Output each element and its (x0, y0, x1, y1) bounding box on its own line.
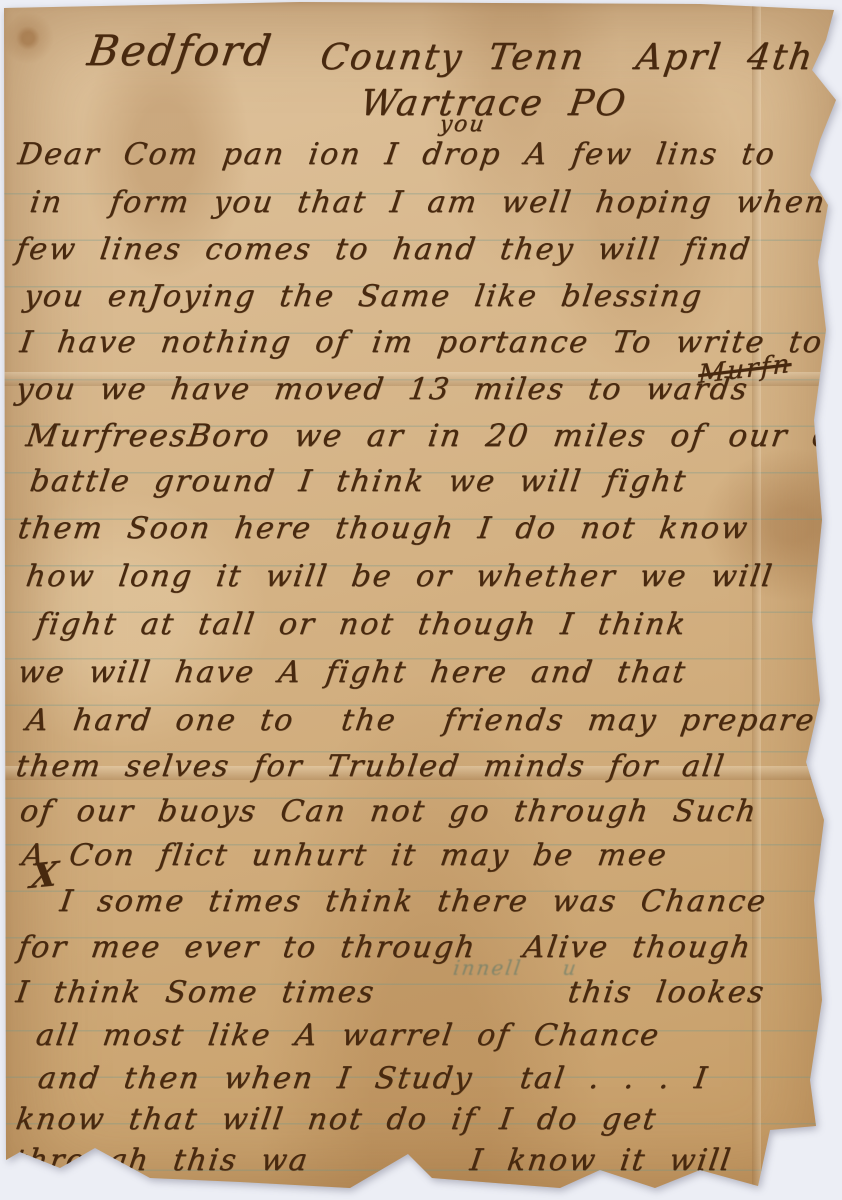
letter-line: I some times think there was Chance (58, 887, 769, 917)
letter-line: County Tenn Aprl 4th }63 (318, 40, 842, 76)
letter-line: fight at tall or not though I think (34, 610, 689, 640)
letter-line: them selves for Trubled minds for all (14, 752, 727, 782)
letter-line: you enJoying the Same like blessing (22, 282, 705, 312)
letter-line: I have nothing of im portance To write t… (18, 328, 825, 358)
text-layer: BedfordCounty Tenn Aprl 4th }63Wartrace … (0, 0, 842, 1200)
letter-line: of our buoys Can not go through Such (18, 797, 759, 827)
letter-line: and then when I Study tal . . . I (36, 1064, 710, 1094)
letter-line: through this wa (12, 1146, 311, 1176)
letter-line: I think Some times (14, 978, 377, 1008)
letter-line: all most like A warrel of Chance (34, 1021, 662, 1051)
letter-scan: { "page": { "background_color": "#eceef5… (0, 0, 842, 1200)
letter-line: we will have A fight here and that (16, 658, 689, 688)
letter-line: MurfreesBoro we ar in 20 miles of our ou… (24, 421, 842, 452)
letter-line: Bedford (85, 30, 275, 72)
letter-line: Wartrace PO (358, 86, 629, 122)
letter-line: I know it will (468, 1146, 734, 1176)
letter-line: A Con flict unhurt it may be mee (20, 841, 670, 871)
letter-line: them Soon here though I do not know (16, 514, 751, 544)
letter-line: for mee ever to through Alive though (16, 933, 754, 963)
pencil-annotation: innell u (452, 958, 579, 978)
letter-line: Dear Com pan ion I drop A few lins to (16, 140, 778, 170)
superscript-annotation: you (438, 114, 487, 136)
letter-line: know that will not do if I do get (14, 1105, 659, 1135)
letter-line: in form you that I am well hoping when (28, 188, 828, 218)
letter-page: BedfordCounty Tenn Aprl 4th }63Wartrace … (0, 0, 842, 1200)
letter-line: you we have moved 13 miles to wards (14, 375, 751, 405)
letter-line: A hard one to the friends may prepare (24, 706, 817, 736)
letter-line: few lines comes to hand they will find (14, 235, 753, 265)
letter-line: how long it will be or whether we will (24, 562, 775, 592)
letter-line: battle ground I think we will fight (28, 467, 689, 497)
mark-annotation: X (28, 857, 62, 894)
letter-line: this lookes (566, 978, 767, 1008)
letter-page-wrap: BedfordCounty Tenn Aprl 4th }63Wartrace … (0, 0, 842, 1200)
